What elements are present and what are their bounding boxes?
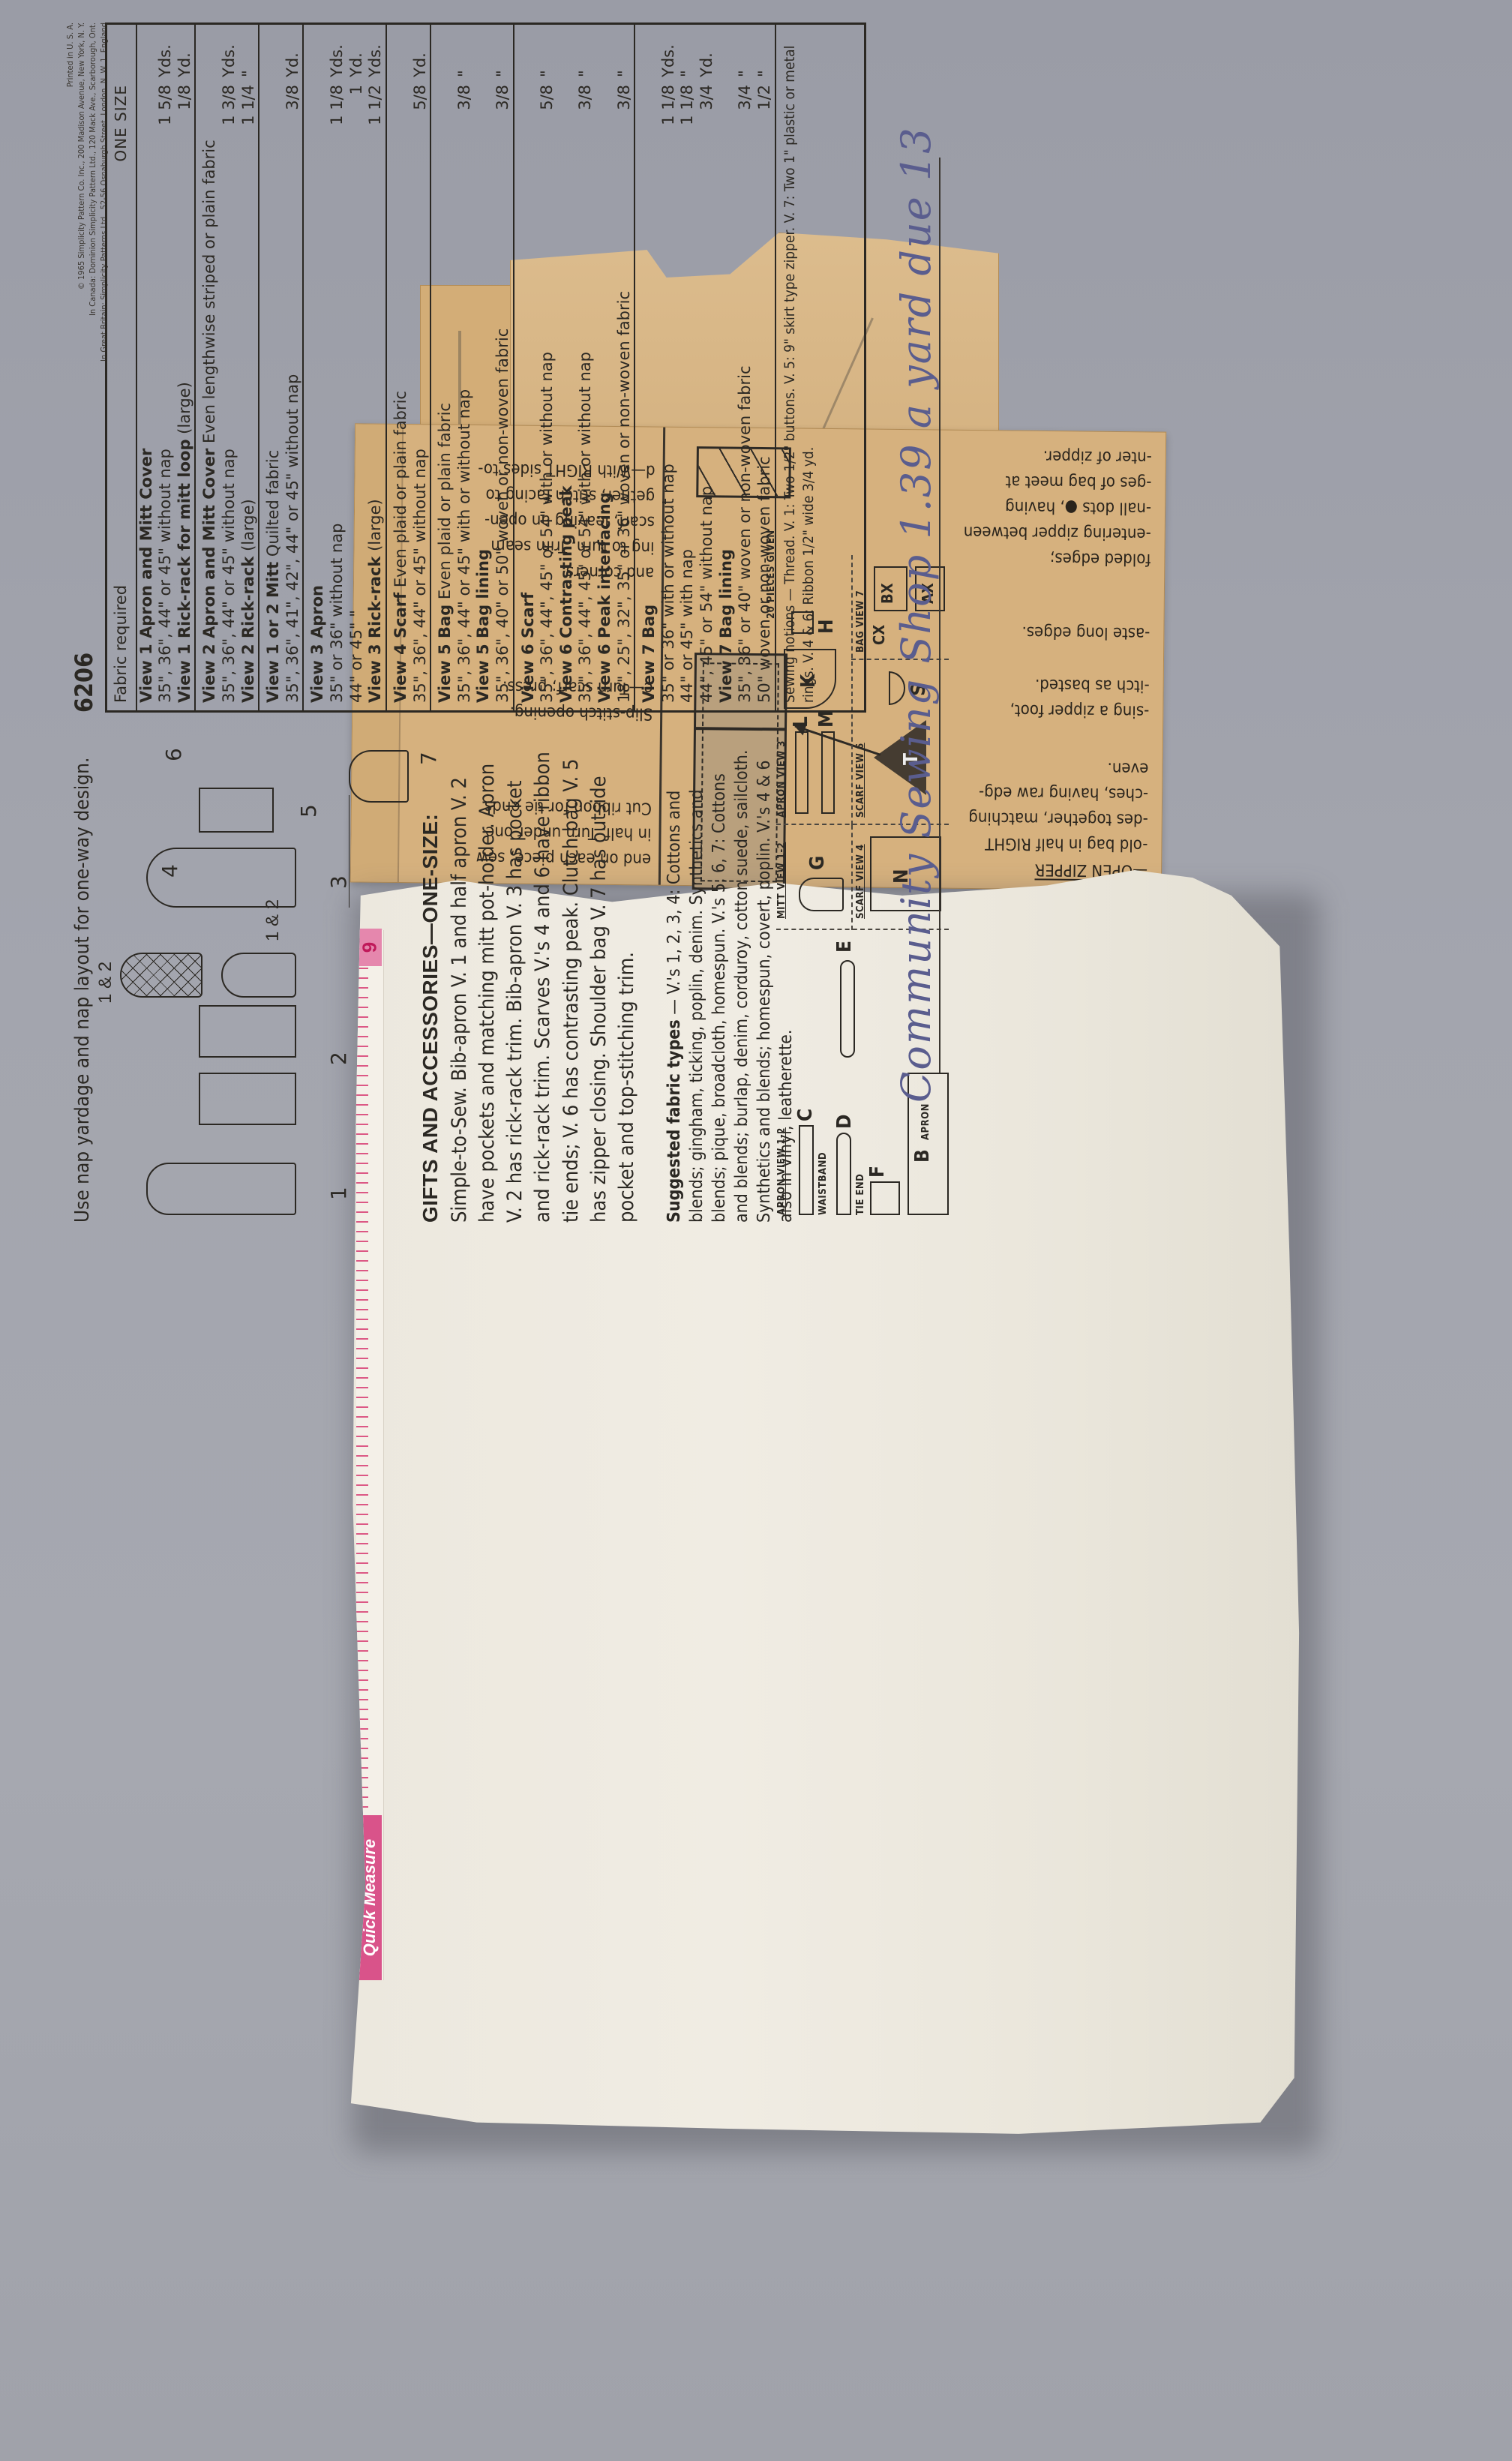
pattern-description: GIFTS AND ACCESSORIES—ONE-SIZE: Simple-t… [416, 743, 640, 1223]
handwritten-price-note: Community Sewing Shop 1.39 a yard due 13 [892, 15, 940, 1103]
sewing-notions: Sewing notions — Thread. V. 1: Two 1/2" … [775, 25, 823, 710]
table-row: 35", 36", 44" or 45" without nap1 3/8Yds… [220, 25, 239, 710]
table-row: 35", 36", 44" or 45" without nap5/8Yd. [411, 25, 430, 710]
copyright-block: Printed in U. S. A. © 1965 Simplicity Pa… [65, 23, 109, 362]
piece-tie-end-m [821, 731, 835, 814]
table-row: View 1 Rick-rack for mitt loop (large)1/… [175, 25, 195, 710]
view-7-shoulder-bag-illustration [349, 750, 409, 803]
table-header-area: 6206 Printed in U. S. A. © 1965 Simplici… [70, 23, 106, 713]
piece-tie-end [836, 1133, 851, 1215]
table-row: 35", 36" or 40" woven or non-woven fabri… [736, 25, 755, 710]
table-row: View 6 Peak interfacing [595, 25, 615, 710]
table-column-headers: Fabric required ONE SIZE [107, 25, 137, 710]
piece-mitt [799, 878, 844, 911]
table-row: View 2 Apron and Mitt Cover Even lengthw… [194, 25, 220, 710]
piece-neck-band [795, 731, 808, 814]
nap-note: Use nap yardage and nap layout for one-w… [71, 758, 94, 1223]
view-illustrations: 1 2 1 & 2 1 & 2 3 5 4 6 7 [101, 743, 416, 1223]
piece-bib [870, 1181, 900, 1215]
table-row: 18", 25", 32", 35" or 36" woven or non-w… [615, 25, 634, 710]
table-row: 44" or 45" "1Yd. [347, 25, 367, 710]
table-row: 50" woven or non-woven fabric1/2" [755, 25, 775, 710]
table-row: 35" or 36" without nap1 1/8Yds. [328, 25, 347, 710]
table-row: View 7 Bag lining [717, 25, 736, 710]
table-row: 44" or 45" with nap1 1/8" [678, 25, 697, 710]
table-row: View 4 Scarf Even plaid or plain fabric [385, 25, 411, 710]
table-row: 35", 36", 44" or 45" with or without nap… [455, 25, 475, 710]
view-2-half-apron-illustration-b [199, 1005, 296, 1058]
envelope-back-content: Use nap yardage and nap layout for one-w… [64, 8, 956, 1238]
piece-waistband [799, 1125, 814, 1215]
table-row: View 5 Bag Even plaid or plain fabric [430, 25, 455, 710]
table-row: View 3 Rick-rack (large)1 1/2Yds. [366, 25, 385, 710]
table-row: View 6 Scarf [513, 25, 538, 710]
table-row: View 2 Rick-rack (large)1 1/4" [239, 25, 259, 710]
table-row: 35", 36", 44" or 45" without nap1 5/8Yds… [156, 25, 175, 710]
table-row: 35", 36", 40" or 50" woven or non-woven … [493, 25, 513, 710]
view-1-apron-illustration [146, 1163, 296, 1215]
table-row: View 6 Contrasting peak [557, 25, 577, 710]
table-row: View 1 Apron and Mitt Cover [137, 25, 157, 710]
quilted-mitt-illustration [120, 953, 202, 998]
table-row: View 3 Apron [302, 25, 328, 710]
table-row: View 1 or 2 Mitt Quilted fabric [258, 25, 283, 710]
fabric-required-table: Fabric required ONE SIZE View 1 Apron an… [105, 23, 866, 713]
view-5-clutch-bag-illustration [199, 788, 274, 833]
view-2-half-apron-illustration [199, 1073, 296, 1125]
table-row: 44", 45" or 54" without nap3/4Yd. [697, 25, 717, 710]
table-row: View 7 Bag [634, 25, 659, 710]
photo-scene: and corners. ing to turn. Trim seam scar… [0, 0, 1512, 2461]
table-row: View 5 Bag lining [474, 25, 493, 710]
table-row: 35", 36", 41", 42", 44" or 45" without n… [283, 25, 303, 710]
piece-suspenders [840, 960, 855, 1058]
table-row: 35", 36", 44", 45" or 54" with or withou… [576, 25, 595, 710]
table-row: 35", 36", 44", 45" or 54" with or withou… [538, 25, 557, 710]
table-row: 35" or 36" with or without nap1 1/8Yds. [659, 25, 679, 710]
mitt-illustration [221, 953, 296, 998]
pattern-number: 6206 [70, 653, 98, 713]
